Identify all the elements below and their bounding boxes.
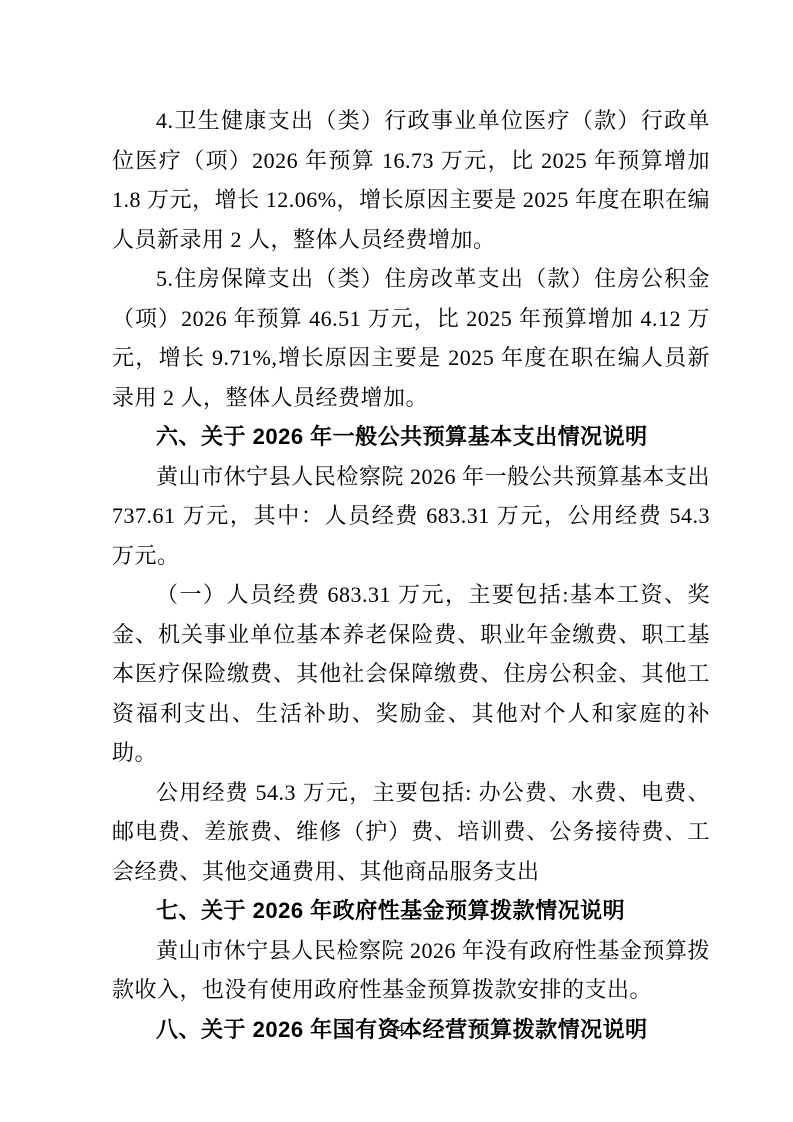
paragraph-public-funds: 公用经费 54.3 万元，主要包括: 办公费、水费、电费、邮电费、差旅费、维修（…: [112, 773, 710, 892]
paragraph-5-housing-expenditure: 5.住房保障支出（类）住房改革支出（款）住房公积金（项）2026 年预算 46.…: [112, 259, 710, 417]
paragraph-basic-expenditure-total: 黄山市休宁县人民检察院 2026 年一般公共预算基本支出 737.61 万元，其…: [112, 457, 710, 576]
paragraph-personnel-funds: （一）人员经费 683.31 万元，主要包括:基本工资、奖金、机关事业单位基本养…: [112, 575, 710, 773]
paragraph-gov-fund-budget: 黄山市休宁县人民检察院 2026 年没有政府性基金预算拨款收入，也没有使用政府性…: [112, 931, 710, 1010]
document-content: 4.卫生健康支出（类）行政事业单位医疗（款）行政单位医疗（项）2026 年预算 …: [112, 101, 710, 1049]
page-number: 24: [389, 1021, 404, 1037]
document-page: 4.卫生健康支出（类）行政事业单位医疗（款）行政单位医疗（项）2026 年预算 …: [0, 0, 793, 1122]
paragraph-4-health-expenditure: 4.卫生健康支出（类）行政事业单位医疗（款）行政单位医疗（项）2026 年预算 …: [112, 101, 710, 259]
heading-6-basic-expenditure: 六、关于 2026 年一般公共预算基本支出情况说明: [112, 417, 710, 457]
page-footer: 24: [0, 1020, 793, 1038]
heading-7-gov-fund-budget: 七、关于 2026 年政府性基金预算拨款情况说明: [112, 891, 710, 931]
